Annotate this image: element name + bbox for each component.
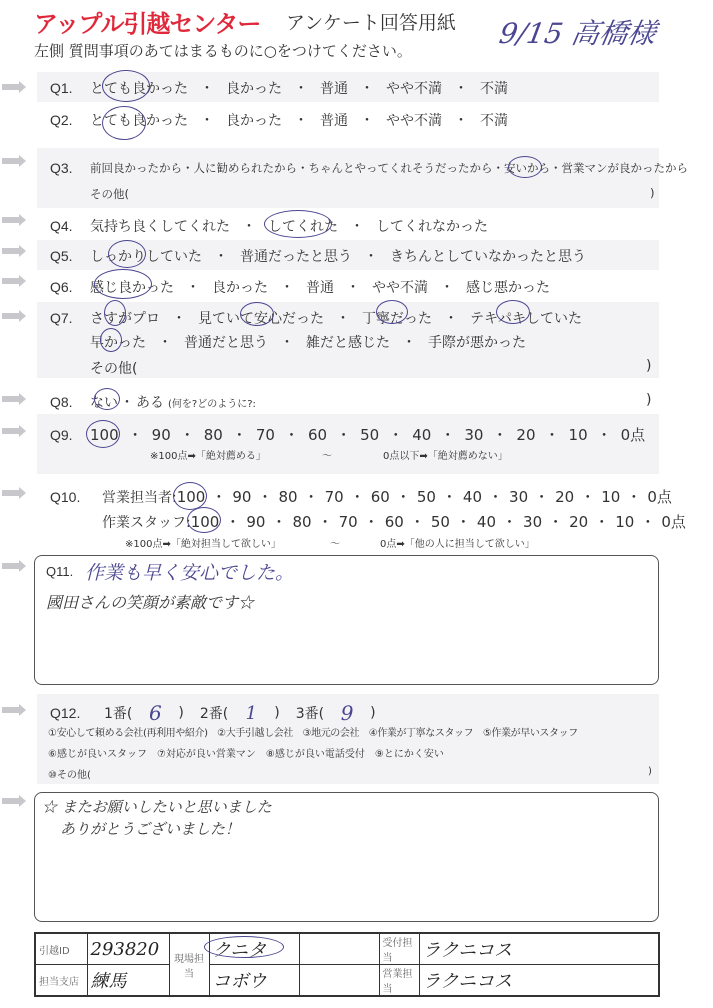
q9-score-100[interactable]: 100	[90, 426, 119, 444]
q9-score-20[interactable]: 20	[516, 426, 535, 444]
q10-note-right: 0点➡「他の人に担当して欲しい」	[380, 535, 535, 550]
q8-option-none[interactable]: ない	[90, 392, 118, 412]
q7-other-input[interactable]	[140, 356, 640, 374]
arrow-icon	[2, 158, 20, 164]
q4-option-2[interactable]: してくれた	[268, 216, 338, 236]
q10-label: Q10.	[50, 489, 102, 505]
q5-option-1[interactable]: しっかりしていた	[90, 246, 202, 266]
arrow-icon	[2, 490, 20, 496]
q10-sales-score-60[interactable]: 60	[371, 488, 390, 506]
q12-rank3-label: 3番(	[296, 703, 324, 723]
q9-note-mid: 〜	[322, 447, 332, 462]
q10-staff-score-60[interactable]: 60	[385, 513, 404, 531]
q7-other-close: )	[646, 358, 651, 374]
q10-staff-score-100[interactable]: 100	[191, 513, 220, 531]
q7-option-2[interactable]: 見ていて安心だった	[198, 308, 324, 328]
q3-other-input[interactable]	[93, 184, 653, 202]
q10-note-left: ※100点➡「絶対担当して欲しい」	[125, 535, 281, 550]
arrow-icon	[2, 217, 20, 223]
q10-sales-score-0[interactable]: 0点	[647, 486, 672, 507]
q1-option-5[interactable]: 不満	[480, 78, 508, 98]
q10-staff-score-10[interactable]: 10	[615, 513, 634, 531]
q1-label: Q1.	[50, 80, 90, 96]
arrow-icon	[2, 428, 20, 434]
q10-sales-score-10[interactable]: 10	[601, 488, 620, 506]
q9-score-60[interactable]: 60	[308, 426, 327, 444]
brand-logo-text: アップル引越センター	[34, 4, 260, 39]
comments-line2: ありがとうございました！	[60, 818, 240, 839]
q1-option-1[interactable]: とても良かった	[90, 78, 188, 98]
branch-label: 担当支店	[35, 965, 87, 997]
q9-label: Q9.	[50, 427, 90, 443]
q6-option-5[interactable]: 感じ悪かった	[466, 277, 550, 297]
question-q3: Q3. 前回良かったから・人に勧められたから・ちゃんとやってくれそうだったから・…	[50, 160, 688, 176]
q6-option-3[interactable]: 普通	[306, 277, 334, 297]
arrow-icon	[2, 278, 20, 284]
reception-value[interactable]: ラクニコス	[419, 933, 659, 965]
q10-sales-score-70[interactable]: 70	[325, 488, 344, 506]
q8-option-some[interactable]: ある	[136, 392, 164, 412]
blank-cell[interactable]	[299, 933, 379, 965]
q9-note-left: ※100点➡「絶対薦める」	[150, 447, 266, 462]
q8-detail-input[interactable]	[290, 392, 640, 410]
q10-sales-score-30[interactable]: 30	[509, 488, 528, 506]
q12-other-close: )	[648, 766, 652, 777]
q10-staff-score-0[interactable]: 0点	[661, 511, 686, 532]
form-title: アンケート回答用紙	[286, 8, 456, 35]
q12-choices-other-label: ⑩その他(	[48, 766, 91, 781]
q2-option-3[interactable]: 普通	[320, 110, 348, 130]
q4-option-1[interactable]: 気持ち良くしてくれた	[90, 216, 230, 236]
q3-label: Q3.	[50, 160, 90, 176]
q9-score-10[interactable]: 10	[569, 426, 588, 444]
q1-option-4[interactable]: やや不満	[386, 78, 442, 98]
blank-cell[interactable]	[299, 965, 379, 997]
q10-sales-score-20[interactable]: 20	[555, 488, 574, 506]
move-id-label: 引越ID	[35, 933, 87, 965]
q10-staff-score-70[interactable]: 70	[339, 513, 358, 531]
q7-option-5[interactable]: 早かった	[90, 332, 146, 352]
q6-option-2[interactable]: 良かった	[212, 277, 268, 297]
instruction-text: 左側 質問事項のあてはまるものに○をつけてください。	[34, 40, 412, 61]
q4-option-3[interactable]: してくれなかった	[376, 216, 488, 236]
q3-option-1[interactable]: 前回良かったから	[90, 160, 182, 176]
question-q1: Q1. とても良かった ・ 良かった ・ 普通 ・ やや不満 ・ 不満	[50, 78, 508, 98]
q7-option-7[interactable]: 雑だと感じた	[306, 332, 390, 352]
q7-label: Q7.	[50, 310, 90, 326]
q12-choices-line2: ⑥感じが良いスタッフ ⑦対応が良い営業マン ⑧感じが良い電話受付 ⑨とにかく安い	[48, 745, 444, 760]
arrow-icon	[2, 248, 20, 254]
site-staff-1[interactable]: クニタ	[209, 933, 299, 965]
q12-rank2-input[interactable]: 1	[228, 703, 274, 724]
q9-score-30[interactable]: 30	[464, 426, 483, 444]
office-use-table: 引越ID 293820 現場担当 クニタ 受付担当 ラクニコス 担当支店 練馬 …	[34, 932, 660, 997]
arrow-icon	[2, 313, 20, 319]
q9-note-right: 0点以下➡「絶対薦めない」	[383, 447, 508, 462]
q11-answer-line1: 作業も早く安心でした。	[85, 558, 294, 585]
q1-option-2[interactable]: 良かった	[226, 78, 282, 98]
reception-label: 受付担当	[379, 933, 419, 965]
q9-score-70[interactable]: 70	[256, 426, 275, 444]
question-q12: Q12. 1番( 6 ) 2番( 1 ) 3番( 9 )	[50, 701, 376, 725]
q1-option-3[interactable]: 普通	[320, 78, 348, 98]
q3-other-close: )	[650, 186, 655, 200]
arrow-icon	[2, 707, 20, 713]
q10-staff-score-80[interactable]: 80	[292, 513, 311, 531]
q5-label: Q5.	[50, 248, 90, 264]
q10-note-mid: 〜	[330, 535, 340, 550]
q8-close: )	[646, 392, 651, 408]
q2-option-4[interactable]: やや不満	[386, 110, 442, 130]
q9-score-40[interactable]: 40	[412, 426, 431, 444]
q7-option-3[interactable]: 丁寧だった	[362, 308, 432, 328]
q8-note: (何を?どのように?:	[168, 395, 256, 410]
question-q7-line1: Q7. さすがプロ ・ 見ていて安心だった ・ 丁寧だった ・ テキパキしていた	[50, 308, 582, 328]
arrow-icon	[2, 84, 20, 90]
question-q10-staff: 作業スタッフ: 100・ 90・ 80・ 70・ 60・ 50・ 40・ 30・…	[102, 511, 686, 532]
q7-option-8[interactable]: 手際が悪かった	[428, 332, 526, 352]
q7-other-label: その他(	[90, 358, 137, 378]
site-staff-2[interactable]: コボウ	[209, 965, 299, 997]
sales-value[interactable]: ラクニコス	[419, 965, 659, 997]
q2-option-5[interactable]: 不満	[480, 110, 508, 130]
q7-option-6[interactable]: 普通だと思う	[184, 332, 268, 352]
q2-label: Q2.	[50, 112, 90, 128]
q3-option-3[interactable]: ちゃんとやってくれそうだったから	[309, 160, 493, 176]
q12-rank2-label: 2番(	[200, 703, 228, 723]
q10-sales-score-90[interactable]: 90	[232, 488, 251, 506]
question-q5: Q5. しっかりしていた ・ 普通だったと思う ・ きちんとしていなかったと思う	[50, 246, 586, 266]
q2-option-2[interactable]: 良かった	[226, 110, 282, 130]
q9-score-0[interactable]: 0点	[621, 424, 646, 445]
q10-sales-score-80[interactable]: 80	[278, 488, 297, 506]
q5-option-3[interactable]: きちんとしていなかったと思う	[390, 246, 586, 266]
q10-staff-score-50[interactable]: 50	[431, 513, 450, 531]
q10-sales-score-40[interactable]: 40	[463, 488, 482, 506]
q7-option-4[interactable]: テキパキしていた	[470, 308, 582, 328]
q3-option-5[interactable]: 営業マンが良かったから	[562, 160, 689, 176]
q5-option-2[interactable]: 普通だったと思う	[240, 246, 352, 266]
sales-label: 営業担当	[379, 965, 419, 997]
q10-sales-score-50[interactable]: 50	[417, 488, 436, 506]
q9-score-80[interactable]: 80	[204, 426, 223, 444]
move-id-value[interactable]: 293820	[87, 933, 169, 965]
q4-label: Q4.	[50, 218, 90, 234]
q6-label: Q6.	[50, 279, 90, 295]
q3-option-4[interactable]: 安いから	[504, 160, 550, 176]
q12-rank1-input[interactable]: 6	[132, 701, 178, 725]
arrow-icon	[2, 563, 20, 569]
site-staff-label: 現場担当	[169, 933, 209, 996]
question-q10-sales: Q10. 営業担当者: 100・ 90・ 80・ 70・ 60・ 50・ 40・…	[50, 486, 672, 507]
q10-staff-label: 作業スタッフ:	[102, 512, 191, 532]
question-q7-line2: 早かった ・ 普通だと思う ・ 雑だと感じた ・ 手際が悪かった	[90, 332, 526, 352]
question-q9: Q9. 100・ 90・ 80・ 70・ 60・ 50・ 40・ 30・ 20・…	[50, 424, 645, 445]
q10-staff-score-90[interactable]: 90	[246, 513, 265, 531]
q11-answer-line2: 國田さんの笑顔が素敵です☆	[46, 590, 254, 613]
branch-value[interactable]: 練馬	[87, 965, 169, 997]
q3-option-2[interactable]: 人に勧められたから	[194, 160, 298, 176]
q6-option-4[interactable]: やや不満	[372, 277, 428, 297]
question-q2: Q2. とても良かった ・ 良かった ・ 普通 ・ やや不満 ・ 不満	[50, 110, 508, 130]
q2-option-1[interactable]: とても良かった	[90, 110, 188, 130]
q10-staff-score-20[interactable]: 20	[569, 513, 588, 531]
q12-label: Q12.	[50, 705, 104, 721]
arrow-icon	[2, 396, 20, 402]
q12-other-input[interactable]	[100, 764, 640, 780]
q9-score-90[interactable]: 90	[152, 426, 171, 444]
question-q4: Q4. 気持ち良くしてくれた ・ してくれた ・ してくれなかった	[50, 216, 488, 236]
q10-sales-score-100[interactable]: 100	[177, 488, 206, 506]
arrow-icon	[2, 798, 20, 804]
q10-sales-label: 営業担当者:	[102, 487, 177, 507]
question-q6: Q6. 感じ良かった ・ 良かった ・ 普通 ・ やや不満 ・ 感じ悪かった	[50, 277, 550, 297]
q9-score-50[interactable]: 50	[360, 426, 379, 444]
question-q8: Q8. ない ・ ある (何を?どのように?:	[50, 392, 256, 412]
q10-staff-score-40[interactable]: 40	[477, 513, 496, 531]
q10-staff-score-30[interactable]: 30	[523, 513, 542, 531]
q6-option-1[interactable]: 感じ良かった	[90, 277, 174, 297]
q12-rank1-label: 1番(	[104, 703, 132, 723]
q8-label: Q8.	[50, 394, 90, 410]
q12-choices-line1: ①安心して頼める会社(再利用や紹介) ②大手引越し会社 ③地元の会社 ④作業が丁…	[48, 724, 578, 739]
q12-rank3-input[interactable]: 9	[324, 701, 370, 725]
q7-option-1[interactable]: さすがプロ	[90, 308, 160, 328]
handwritten-customer-note: 9/15 高橋様	[496, 12, 659, 52]
q11-label: Q11.	[46, 564, 73, 579]
comments-line1: ☆ またお願いしたいと思いました	[42, 796, 272, 817]
